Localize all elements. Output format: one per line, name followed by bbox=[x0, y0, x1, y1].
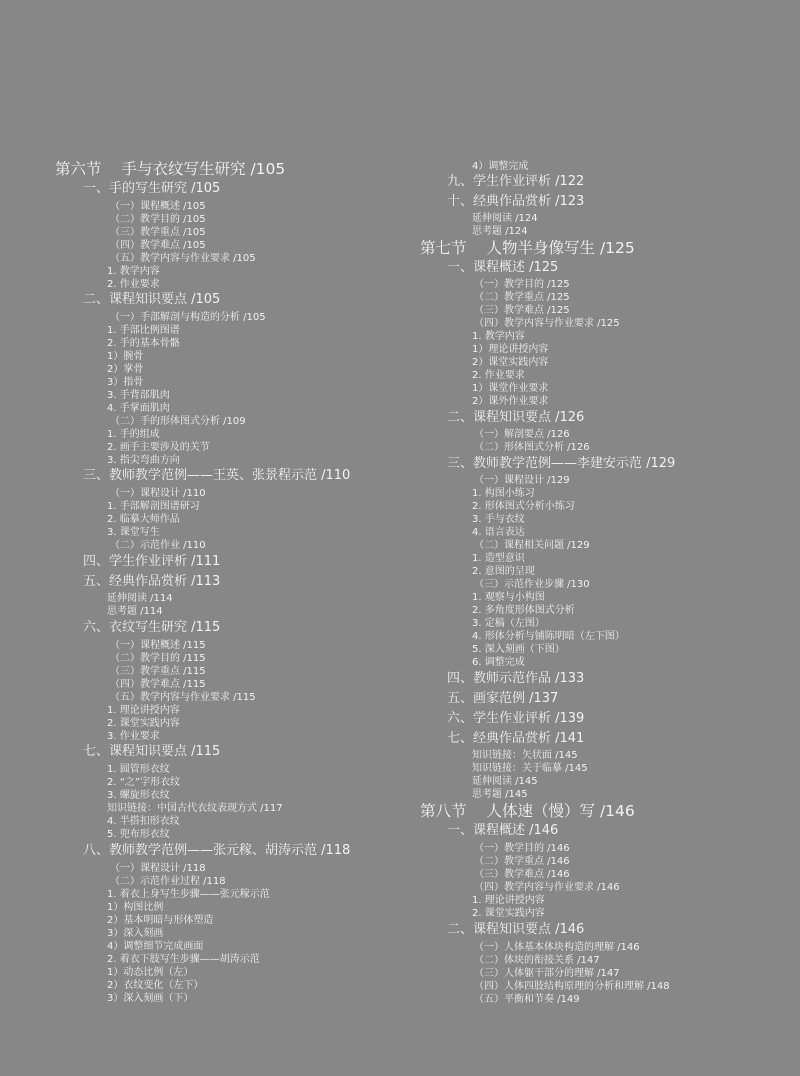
toc-subsection-item: （三）人体躯干部分的理解 /147 bbox=[474, 969, 620, 979]
toc-chapter-item: 三、教师教学范例——王英、张景程示范 /110 bbox=[83, 469, 350, 482]
toc-detail-item: 1. 手的组成 bbox=[107, 430, 160, 440]
toc-detail-item: 1. 教学内容 bbox=[107, 267, 160, 277]
toc-detail-item: 2）课堂实践内容 bbox=[472, 358, 548, 368]
toc-subsection-item: （一）人体基本体块构造的理解 /146 bbox=[474, 943, 640, 953]
toc-chapter-item: 七、课程知识要点 /115 bbox=[83, 745, 220, 758]
toc-detail-item: 1. 教学内容 bbox=[472, 332, 525, 342]
toc-detail-item: 2. 形体图式分析小练习 bbox=[472, 502, 575, 512]
toc-detail-item: 3. 定稿（左图） bbox=[472, 619, 545, 629]
toc-detail-item: 3. 作业要求 bbox=[107, 732, 160, 742]
toc-subsection-item: （三）教学重点 /115 bbox=[110, 667, 206, 677]
toc-detail-item: 1. 着衣上身写生步骤——张元稼示范 bbox=[107, 890, 270, 900]
toc-chapter-item: 五、经典作品赏析 /113 bbox=[83, 575, 220, 588]
toc-subsection-item: （四）人体四肢结构原理的分析和理解 /148 bbox=[474, 982, 670, 992]
toc-subsection-item: （一）教学目的 /146 bbox=[474, 844, 570, 854]
toc-detail-item: 2）衣纹变化（左下） bbox=[107, 981, 203, 991]
section-title: 人物半身像写生 /125 bbox=[487, 239, 635, 257]
toc-subsection-item: （一）手部解剖与构造的分析 /105 bbox=[110, 313, 266, 323]
toc-subsection-item: （二）教学重点 /125 bbox=[474, 293, 570, 303]
toc-subsection-item: （四）教学内容与作业要求 /125 bbox=[474, 319, 620, 329]
toc-detail-item: 3. 螺旋形衣纹 bbox=[107, 791, 170, 801]
toc-detail-item: 1. 手部解剖图谱研习 bbox=[107, 502, 200, 512]
toc-chapter-item: 十、经典作品赏析 /123 bbox=[447, 195, 584, 208]
toc-detail-item: 3. 指尖弯曲方向 bbox=[107, 456, 180, 466]
toc-subsection-item: （四）教学难点 /115 bbox=[110, 680, 206, 690]
toc-chapter-item: 八、教师教学范例——张元稼、胡涛示范 /118 bbox=[83, 844, 350, 857]
toc-chapter-item: 九、学生作业评析 /122 bbox=[447, 175, 584, 188]
toc-chapter-item: 七、经典作品赏析 /141 bbox=[447, 732, 584, 745]
toc-detail-item: 2. 着衣下肢写生步骤——胡涛示范 bbox=[107, 955, 260, 965]
toc-detail-item: 3. 手背部肌肉 bbox=[107, 391, 170, 401]
toc-detail-item: 知识链接：矢状面 /145 bbox=[472, 751, 578, 761]
toc-detail-item: 1. 构图小练习 bbox=[472, 489, 535, 499]
toc-subsection-item: （一）课程设计 /118 bbox=[110, 864, 206, 874]
toc-subsection-item: （二）教学目的 /105 bbox=[110, 215, 206, 225]
section-title: 手与衣纹写生研究 /105 bbox=[122, 160, 286, 178]
toc-detail-item: 3）深入刻画 bbox=[107, 929, 163, 939]
toc-subsection-item: （二）体块的衔接关系 /147 bbox=[474, 956, 600, 966]
toc-detail-item: 2. 手的基本骨骼 bbox=[107, 339, 180, 349]
toc-section-heading: 第七节人物半身像写生 /125 bbox=[420, 241, 635, 257]
toc-subsection-item: （二）手的形体图式分析 /109 bbox=[110, 417, 246, 427]
toc-subsection-item: （一）课程设计 /129 bbox=[474, 476, 570, 486]
toc-detail-item: 2. “之”字形衣纹 bbox=[107, 778, 180, 788]
toc-chapter-item: 一、课程概述 /125 bbox=[447, 261, 558, 274]
toc-detail-item: 1）理论讲授内容 bbox=[472, 345, 548, 355]
toc-detail-item: 1）课堂作业要求 bbox=[472, 384, 548, 394]
toc-detail-item: 1. 理论讲授内容 bbox=[472, 896, 545, 906]
toc-detail-item: 4. 半搭扣形衣纹 bbox=[107, 817, 180, 827]
toc-subsection-item: （二）示范作业过程 /118 bbox=[110, 877, 226, 887]
toc-detail-item: 2. 多角度形体图式分析 bbox=[472, 606, 575, 616]
toc-subsection-item: （二）教学目的 /115 bbox=[110, 654, 206, 664]
toc-detail-item: 6. 调整完成 bbox=[472, 658, 525, 668]
toc-detail-item: 3. 课堂写生 bbox=[107, 528, 160, 538]
toc-detail-item: 延伸阅读 /124 bbox=[472, 214, 538, 224]
section-number: 第八节 bbox=[420, 802, 467, 820]
toc-detail-item: 4. 语言表达 bbox=[472, 528, 525, 538]
section-number: 第六节 bbox=[55, 160, 102, 178]
toc-detail-item: 3. 手与衣纹 bbox=[472, 515, 525, 525]
toc-detail-item: 1. 理论讲授内容 bbox=[107, 706, 180, 716]
toc-subsection-item: （三）教学难点 /125 bbox=[474, 306, 570, 316]
toc-detail-item: 2）掌骨 bbox=[107, 365, 143, 375]
toc-subsection-item: （二）教学重点 /146 bbox=[474, 857, 570, 867]
toc-chapter-item: 六、学生作业评析 /139 bbox=[447, 712, 584, 725]
toc-detail-item: 2. 课堂实践内容 bbox=[107, 719, 180, 729]
toc-detail-item: 3）指骨 bbox=[107, 378, 143, 388]
toc-section-heading: 第六节手与衣纹写生研究 /105 bbox=[55, 162, 285, 178]
toc-detail-item: 2. 课堂实践内容 bbox=[472, 909, 545, 919]
toc-chapter-item: 二、课程知识要点 /105 bbox=[83, 293, 220, 306]
toc-detail-item: 1. 造型意识 bbox=[472, 554, 525, 564]
toc-subsection-item: （五）教学内容与作业要求 /115 bbox=[110, 693, 256, 703]
toc-subsection-item: （四）教学难点 /105 bbox=[110, 241, 206, 251]
toc-chapter-item: 四、教师示范作品 /133 bbox=[447, 672, 584, 685]
section-number: 第七节 bbox=[420, 239, 467, 257]
toc-detail-item: 5. 兜布形衣纹 bbox=[107, 830, 170, 840]
toc-subsection-item: （二）形体图式分析 /126 bbox=[474, 443, 590, 453]
toc-subsection-item: （二）示范作业 /110 bbox=[110, 541, 206, 551]
toc-subsection-item: （一）课程设计 /110 bbox=[110, 489, 206, 499]
toc-detail-item: 4）调整细节完成画面 bbox=[107, 942, 203, 952]
toc-detail-item: 1. 手部比例图谱 bbox=[107, 326, 180, 336]
toc-detail-item: 1. 圆管形衣纹 bbox=[107, 765, 170, 775]
toc-detail-item: 2）基本明暗与形体塑造 bbox=[107, 916, 213, 926]
toc-chapter-item: 二、课程知识要点 /126 bbox=[447, 411, 584, 424]
toc-detail-item: 2. 画手主要涉及的关节 bbox=[107, 443, 210, 453]
toc-detail-item: 1. 观察与小构图 bbox=[472, 593, 545, 603]
toc-subsection-item: （一）课程概述 /105 bbox=[110, 202, 206, 212]
toc-detail-item: 2. 意图的呈现 bbox=[472, 567, 535, 577]
toc-detail-item: 1）构图比例 bbox=[107, 903, 163, 913]
toc-chapter-item: 二、课程知识要点 /146 bbox=[447, 923, 584, 936]
toc-detail-item: 4. 形体分析与铺陈明暗（左下图） bbox=[472, 632, 625, 642]
section-title: 人体速（慢）写 /146 bbox=[487, 802, 635, 820]
toc-chapter-item: 六、衣纹写生研究 /115 bbox=[83, 621, 220, 634]
toc-subsection-item: （一）教学目的 /125 bbox=[474, 280, 570, 290]
toc-detail-item: 2）课外作业要求 bbox=[472, 397, 548, 407]
toc-subsection-item: （三）示范作业步骤 /130 bbox=[474, 580, 590, 590]
toc-detail-item: 思考题 /124 bbox=[472, 227, 528, 237]
toc-detail-item: 3）深入刻画（下） bbox=[107, 994, 193, 1004]
toc-subsection-item: （五）教学内容与作业要求 /105 bbox=[110, 254, 256, 264]
toc-subsection-item: （三）教学重点 /105 bbox=[110, 228, 206, 238]
toc-detail-item: 延伸阅读 /145 bbox=[472, 777, 538, 787]
toc-detail-item: 5. 深入刻画（下图） bbox=[472, 645, 565, 655]
toc-subsection-item: （四）教学内容与作业要求 /146 bbox=[474, 883, 620, 893]
toc-detail-item: 思考题 /114 bbox=[107, 607, 163, 617]
toc-detail-item: 延伸阅读 /114 bbox=[107, 594, 173, 604]
toc-detail-item: 知识链接：中国古代衣纹表现方式 /117 bbox=[107, 804, 283, 814]
toc-subsection-item: （五）平衡和节奏 /149 bbox=[474, 995, 580, 1005]
toc-subsection-item: （一）解剖要点 /126 bbox=[474, 430, 570, 440]
toc-detail-item: 知识链接：关于临摹 /145 bbox=[472, 764, 588, 774]
toc-detail-item: 2. 作业要求 bbox=[107, 280, 160, 290]
toc-chapter-item: 五、画家范例 /137 bbox=[447, 692, 558, 705]
toc-subsection-item: （一）课程概述 /115 bbox=[110, 641, 206, 651]
toc-detail-item: 1）腕骨 bbox=[107, 352, 143, 362]
toc-detail-item: 2. 作业要求 bbox=[472, 371, 525, 381]
toc-detail-item: 4. 手掌面肌肉 bbox=[107, 404, 170, 414]
toc-subsection-item: （二）课程相关问题 /129 bbox=[474, 541, 590, 551]
toc-chapter-item: 三、教师教学范例——李建安示范 /129 bbox=[447, 457, 675, 470]
toc-section-heading: 第八节人体速（慢）写 /146 bbox=[420, 804, 635, 820]
toc-detail-item: 思考题 /145 bbox=[472, 790, 528, 800]
toc-detail-item: 4）调整完成 bbox=[472, 162, 528, 172]
toc-chapter-item: 四、学生作业评析 /111 bbox=[83, 555, 220, 568]
toc-detail-item: 1）动态比例（左） bbox=[107, 968, 193, 978]
toc-subsection-item: （三）教学难点 /146 bbox=[474, 870, 570, 880]
toc-chapter-item: 一、课程概述 /146 bbox=[447, 824, 558, 837]
toc-chapter-item: 一、手的写生研究 /105 bbox=[83, 182, 220, 195]
toc-detail-item: 2. 临摹大师作品 bbox=[107, 515, 180, 525]
